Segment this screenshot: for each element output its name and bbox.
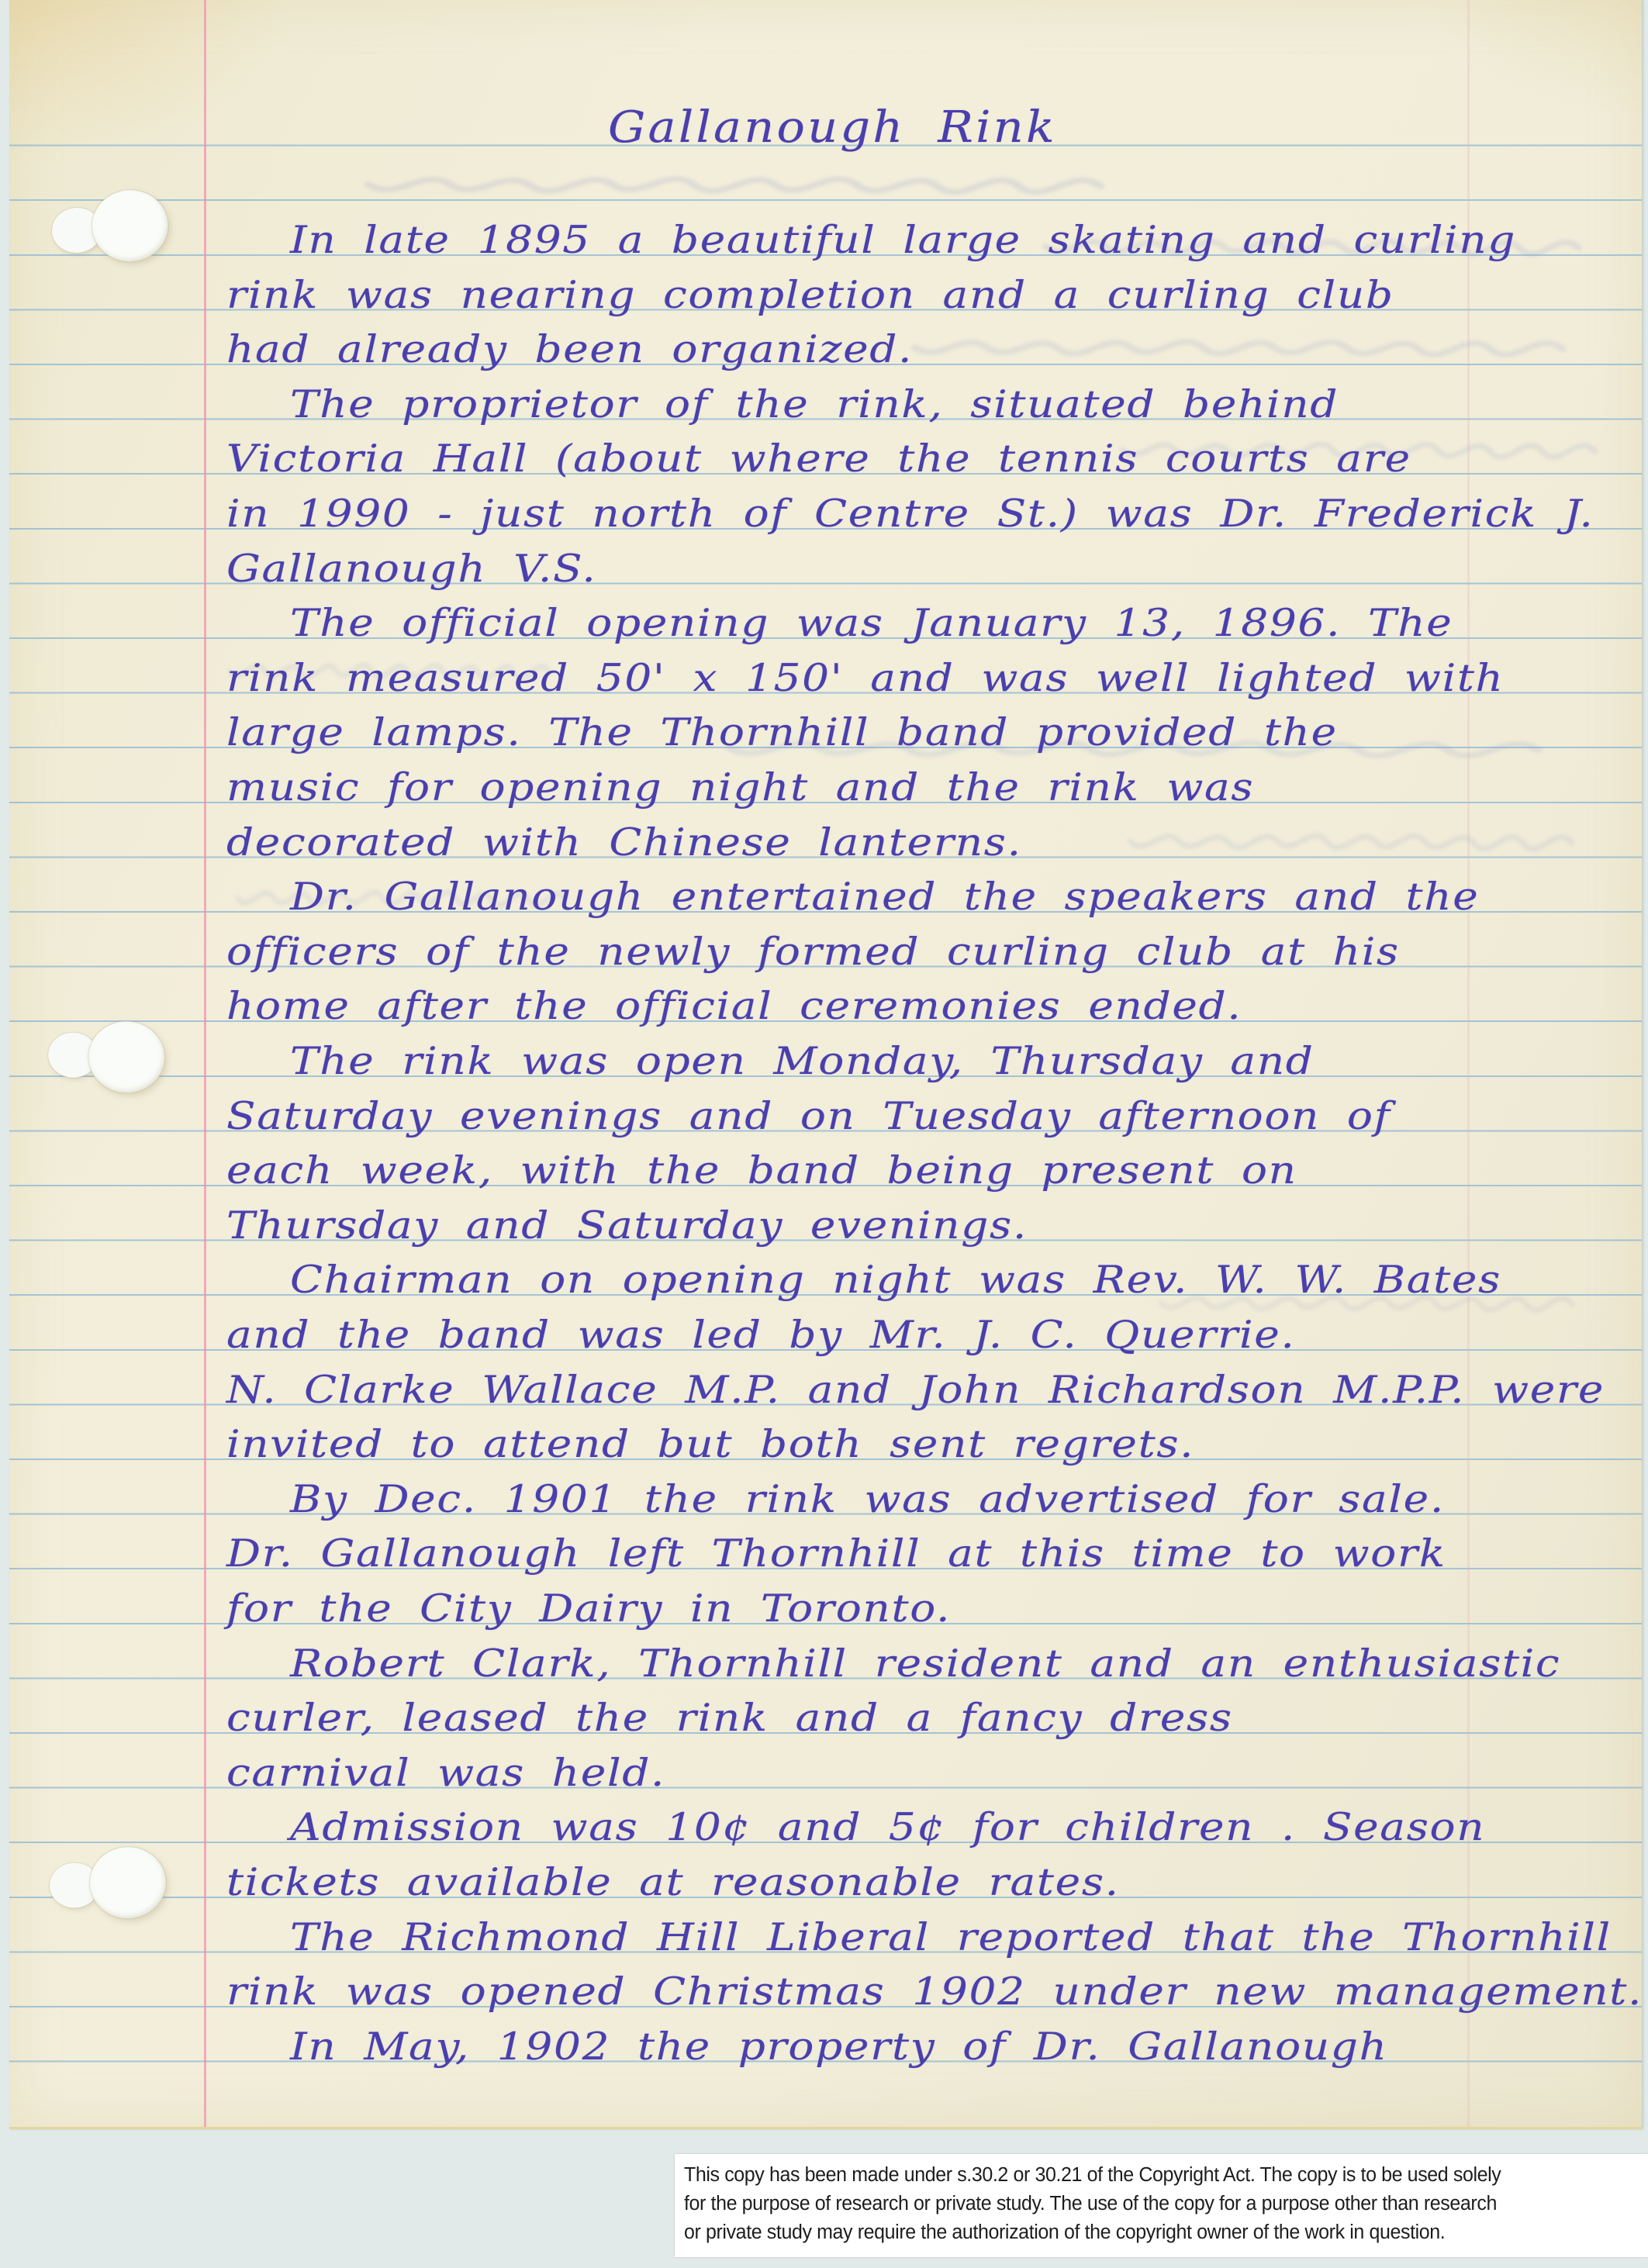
handwritten-line: Dr. Gallanough entertained the speakers … [290,872,1479,922]
handwritten-line: for the City Dairy in Toronto. [226,1584,951,1634]
handwritten-line: Chairman on opening night was Rev. W. W.… [290,1255,1501,1305]
handwritten-line: Thursday and Saturday evenings. [226,1201,1028,1251]
hole-punch [50,188,171,273]
notebook-page: Gallanough Rink In late 1895 a beautiful… [9,0,1642,2129]
handwritten-line: carnival was held. [226,1748,665,1798]
handwritten-line: tickets available at reasonable rates. [226,1858,1120,1907]
handwritten-line: and the band was led by Mr. J. C. Querri… [226,1310,1296,1360]
handwritten-line: Saturday evenings and on Tuesday afterno… [226,1092,1391,1141]
handwritten-title: Gallanough Rink [608,103,1057,153]
copyright-line: for the purpose of research or private s… [684,2190,1629,2218]
handwritten-line: large lamps. The Thornhill band provided… [226,708,1338,758]
handwritten-line: Admission was 10¢ and 5¢ for children . … [290,1803,1485,1852]
copyright-stamp: This copy has been made under s.30.2 or … [675,2154,1648,2257]
handwritten-line: By Dec. 1901 the rink was advertised for… [290,1475,1445,1524]
handwritten-line: The Richmond Hill Liberal reported that … [290,1913,1612,1962]
handwritten-line: Victoria Hall (about where the tennis co… [226,434,1411,484]
handwritten-line: each week, with the band being present o… [226,1146,1297,1196]
handwritten-line: rink measured 50' x 150' and was well li… [226,654,1505,703]
handwritten-line: Robert Clark, Thornhill resident and an … [290,1639,1560,1689]
handwritten-line: music for opening night and the rink was [226,763,1254,813]
handwritten-line: had already been organized. [226,325,913,375]
handwritten-line: rink was nearing completion and a curlin… [226,271,1394,320]
bleed-through-writing [1126,818,1576,868]
handwritten-line: Gallanough V.S. [226,544,596,594]
handwritten-line: The official opening was January 13, 189… [290,599,1453,648]
copyright-line: This copy has been made under s.30.2 or … [684,2161,1629,2190]
handwritten-line: home after the official ceremonies ended… [226,982,1242,1031]
handwritten-line: In late 1895 a beautiful large skating a… [290,216,1516,265]
margin-line [204,0,206,2127]
handwritten-line: In May, 1902 the property of Dr. Gallano… [290,2022,1388,2072]
handwritten-line: The proprietor of the rink, situated beh… [290,380,1339,430]
hole-punch [46,1017,166,1101]
handwritten-line: officers of the newly formed curling clu… [226,927,1400,977]
handwritten-line: Dr. Gallanough left Thornhill at this ti… [226,1529,1446,1579]
copyright-line: or private study may require the authori… [684,2218,1629,2247]
handwritten-line: N. Clarke Wallace M.P. and John Richards… [226,1365,1605,1415]
handwritten-line: The rink was open Monday, Thursday and [290,1037,1315,1086]
hole-punch [48,1845,167,1927]
scanned-document: { "document": { "title": "Gallanough Rin… [0,0,1648,2268]
handwritten-line: rink was opened Christmas 1902 under new… [226,1967,1643,2017]
handwritten-line: curler, leased the rink and a fancy dres… [226,1693,1233,1743]
handwritten-line: decorated with Chinese lanterns. [226,818,1022,868]
handwritten-line: in 1990 - just north of Centre St.) was … [226,489,1594,539]
bleed-through-writing [362,161,1107,211]
handwritten-line: invited to attend but both sent regrets. [226,1420,1194,1469]
